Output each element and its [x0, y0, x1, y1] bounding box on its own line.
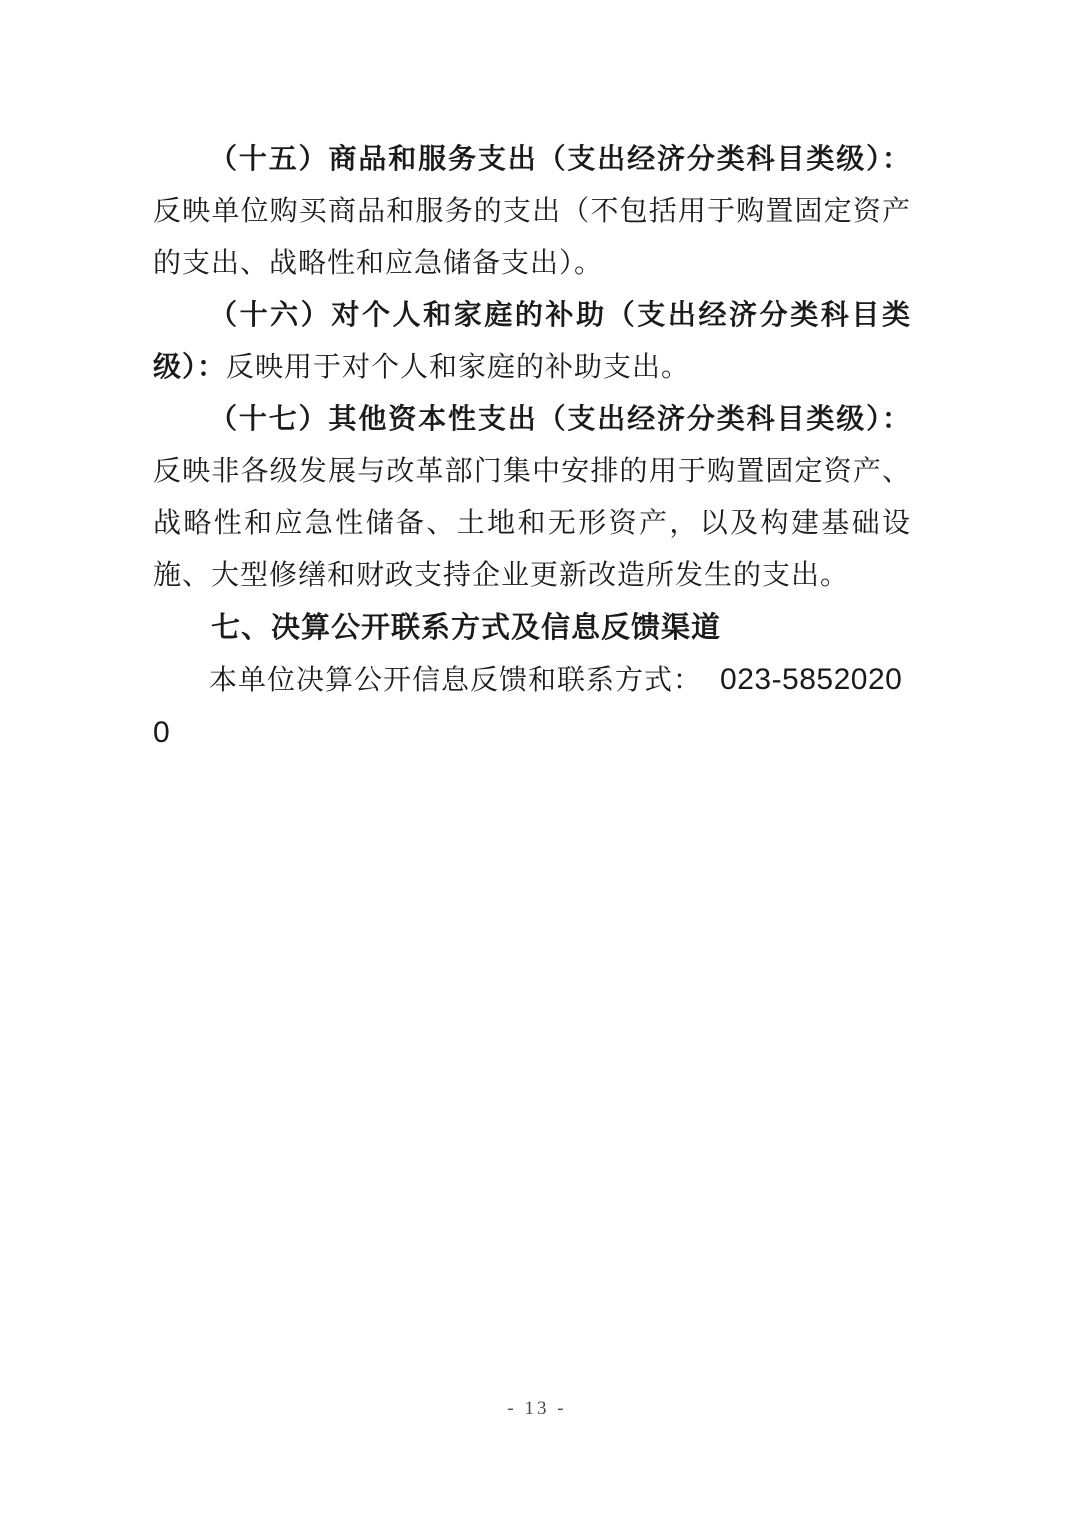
item-16-body: 反映用于对个人和家庭的补助支出。 — [226, 352, 690, 383]
document-page: （十五）商品和服务支出（支出经济分类科目类级）：反映单位购买商品和服务的支出（不… — [0, 0, 1074, 1520]
item-15-body: 反映单位购买商品和服务的支出（不包括用于购置固定资产的支出、战略性和应急储备支出… — [153, 196, 911, 279]
paragraph-item-16: （十六）对个人和家庭的补助（支出经济分类科目类级）：反映用于对个人和家庭的补助支… — [153, 290, 911, 394]
document-content: （十五）商品和服务支出（支出经济分类科目类级）：反映单位购买商品和服务的支出（不… — [153, 134, 911, 760]
contact-label: 本单位决算公开信息反馈和联系方式： — [209, 665, 702, 696]
item-17-body: 反映非各级发展与改革部门集中安排的用于购置固定资产、战略性和应急性储备、土地和无… — [153, 456, 911, 591]
paragraph-item-15: （十五）商品和服务支出（支出经济分类科目类级）：反映单位购买商品和服务的支出（不… — [153, 134, 911, 290]
item-15-heading: （十五）商品和服务支出（支出经济分类科目类级）： — [209, 144, 911, 175]
item-17-heading: （十七）其他资本性支出（支出经济分类科目类级）： — [209, 404, 911, 435]
page-number: - 13 - — [507, 1398, 566, 1419]
section-7-heading: 七、决算公开联系方式及信息反馈渠道 — [153, 602, 911, 654]
paragraph-item-17: （十七）其他资本性支出（支出经济分类科目类级）：反映非各级发展与改革部门集中安排… — [153, 394, 911, 602]
contact-line: 本单位决算公开信息反馈和联系方式：023-58520200 — [153, 654, 911, 760]
page-footer: - 13 - — [0, 1398, 1074, 1420]
